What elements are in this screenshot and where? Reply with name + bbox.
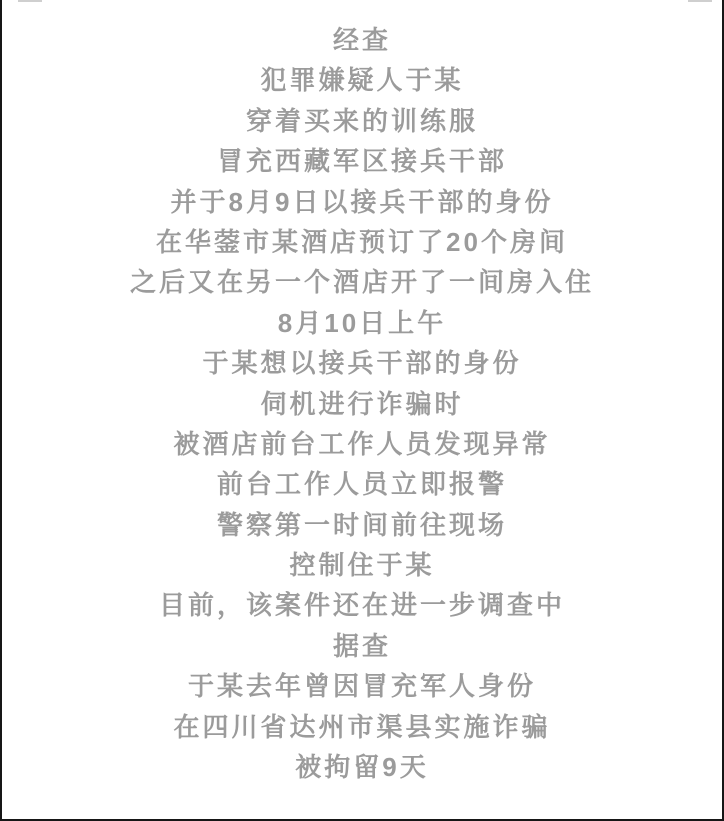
text-line: 被拘留9天 [2,747,722,787]
text-line: 并于8月9日以接兵干部的身份 [2,182,722,222]
text-line: 在四川省达州市渠县实施诈骗 [2,707,722,747]
text-line: 于某去年曾因冒充军人身份 [2,666,722,706]
text-line: 经查 [2,20,722,60]
top-right-tick [688,0,712,2]
text-line: 据查 [2,626,722,666]
subtitle-text-panel: 经查 犯罪嫌疑人于某 穿着买来的训练服 冒充西藏军区接兵干部 并于8月9日以接兵… [0,0,724,821]
text-block: 经查 犯罪嫌疑人于某 穿着买来的训练服 冒充西藏军区接兵干部 并于8月9日以接兵… [2,20,722,787]
text-line: 穿着买来的训练服 [2,101,722,141]
text-line: 犯罪嫌疑人于某 [2,60,722,100]
text-line: 前台工作人员立即报警 [2,464,722,504]
text-line: 之后又在另一个酒店开了一间房入住 [2,262,722,302]
top-left-tick [18,0,42,2]
text-line: 在华蓥市某酒店预订了20个房间 [2,222,722,262]
text-line: 于某想以接兵干部的身份 [2,343,722,383]
text-line: 控制住于某 [2,545,722,585]
text-line: 目前，该案件还在进一步调查中 [2,585,722,625]
text-line: 8月10日上午 [2,303,722,343]
text-line: 被酒店前台工作人员发现异常 [2,424,722,464]
text-line: 警察第一时间前往现场 [2,505,722,545]
text-line: 冒充西藏军区接兵干部 [2,141,722,181]
text-line: 伺机进行诈骗时 [2,384,722,424]
